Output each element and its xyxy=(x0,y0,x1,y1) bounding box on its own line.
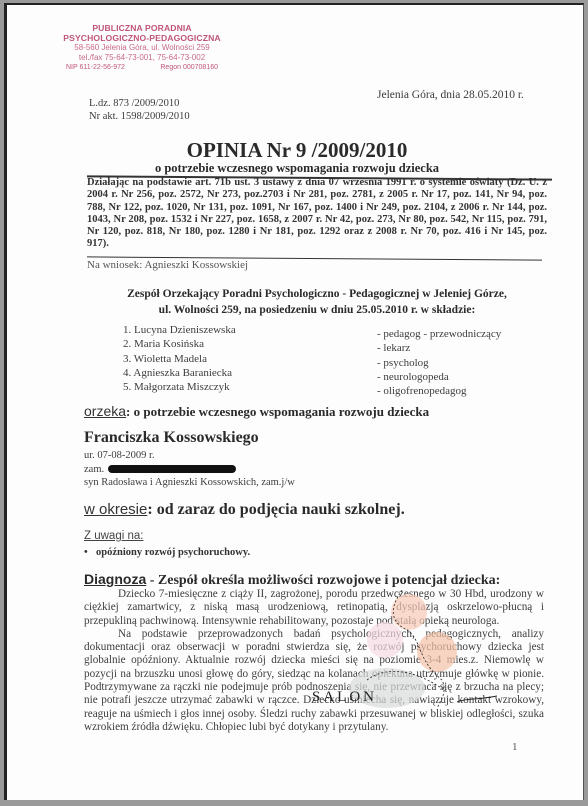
team-members: 1. Lucyna Dzieniszewska 2. Maria Kosińsk… xyxy=(123,323,236,394)
diagnosis-paragraph: Na podstawie przeprowadzonych badań psyc… xyxy=(84,628,544,734)
ref-nr-akt: Nr akt. 1598/2009/2010 xyxy=(89,110,190,123)
diagnosis-label: Diagnoza xyxy=(84,571,146,587)
watermark-text: SALON xyxy=(312,689,377,706)
team-line2: ul. Wolności 259, na posiedzeniu w dniu … xyxy=(87,302,547,318)
reference-numbers: L.dz. 873 /2009/2010 Nr akt. 1598/2009/2… xyxy=(89,97,190,123)
decision-value: : o potrzebie wczesnego wspomagania rozw… xyxy=(126,404,429,419)
legal-basis: Działając na podstawie art. 71b ust. 3 u… xyxy=(87,177,547,251)
member-role: - pedagog - przewodniczący xyxy=(377,327,501,341)
considering-label: Z uwagi na: xyxy=(84,530,143,542)
member-role: - psycholog xyxy=(377,356,501,370)
letterhead-phone: tel./fax 75-64-73-001, 75-64-73-002 xyxy=(62,53,222,63)
document-title: OPINIA Nr 9 /2009/2010 xyxy=(7,138,587,163)
decision: orzeka: o potrzebie wczesnego wspomagani… xyxy=(84,403,429,421)
member-role: - oligofrenopedagog xyxy=(377,384,501,398)
bullet-icon: • xyxy=(84,547,96,558)
ref-ldz: L.dz. 873 /2009/2010 xyxy=(89,97,190,110)
diagnosis-body: Dziecko 7-miesięczne z ciąży II, zagrożo… xyxy=(84,588,544,734)
period-value: : od zaraz do podjęcia nauki szkolnej. xyxy=(147,501,404,518)
team-roles: - pedagog - przewodniczący - lekarz - ps… xyxy=(377,327,501,398)
member-role: - lekarz xyxy=(377,341,501,355)
period: w okresie: od zaraz do podjęcia nauki sz… xyxy=(84,501,405,519)
request-line: Na wniosek: Agnieszki Kossowskiej xyxy=(87,259,248,271)
letterhead-stamp: PUBLICZNA PORADNIA PSYCHOLOGICZNO-PEDAGO… xyxy=(62,23,222,73)
place-date: Jelenia Góra, dnia 28.05.2010 r. xyxy=(377,89,524,101)
considering-item-text: opóźniony rozwój psychoruchowy. xyxy=(96,547,250,558)
letterhead-regon: Regon 000708160 xyxy=(160,63,218,73)
letterhead-nip: NIP 611-22-56-972 xyxy=(66,63,125,73)
diagnosis-heading-text: - Zespół określa możliwości rozwojowe i … xyxy=(146,573,500,588)
letterhead-line1: PUBLICZNA PORADNIA xyxy=(62,23,222,33)
period-label: w okresie xyxy=(84,501,147,518)
redaction-bar xyxy=(108,465,236,473)
child-address: zam. xyxy=(84,463,295,477)
document-page: PUBLICZNA PORADNIA PSYCHOLOGICZNO-PEDAGO… xyxy=(4,3,584,800)
team-line1: Zespół Orzekający Poradni Psychologiczno… xyxy=(87,286,547,302)
member-name: 1. Lucyna Dzieniszewska xyxy=(123,323,236,337)
decision-label: orzeka xyxy=(84,403,126,419)
page-number: 1 xyxy=(512,741,518,753)
letterhead-line2: PSYCHOLOGICZNO-PEDAGOGICZNA xyxy=(62,33,222,43)
member-name: 2. Maria Kosińska xyxy=(123,337,236,351)
member-role: - neurologopeda xyxy=(377,370,501,384)
child-name: Franciszka Kossowskiego xyxy=(84,429,259,447)
diagnosis-paragraph: Dziecko 7-miesięczne z ciąży II, zagrożo… xyxy=(84,588,544,628)
child-birthdate: ur. 07-08-2009 r. xyxy=(84,449,295,463)
document-subtitle: o potrzebie wczesnego wspomagania rozwoj… xyxy=(7,161,587,176)
team-heading: Zespół Orzekający Poradni Psychologiczno… xyxy=(87,286,547,318)
member-name: 5. Małgorzata Miszczyk xyxy=(123,380,236,394)
considering-item: •opóźniony rozwój psychoruchowy. xyxy=(84,547,250,558)
child-info: ur. 07-08-2009 r. zam. syn Radosława i A… xyxy=(84,449,295,490)
diagnosis-heading: Diagnoza - Zespół określa możliwości roz… xyxy=(84,571,500,589)
member-name: 4. Agnieszka Baraniecka xyxy=(123,366,236,380)
child-parents: syn Radosława i Agnieszki Kossowskich, z… xyxy=(84,476,295,490)
letterhead-address: 58-560 Jelenia Góra, ul. Wolności 259 xyxy=(62,43,222,53)
child-address-label: zam. xyxy=(84,464,104,475)
member-name: 3. Wioletta Madela xyxy=(123,352,236,366)
